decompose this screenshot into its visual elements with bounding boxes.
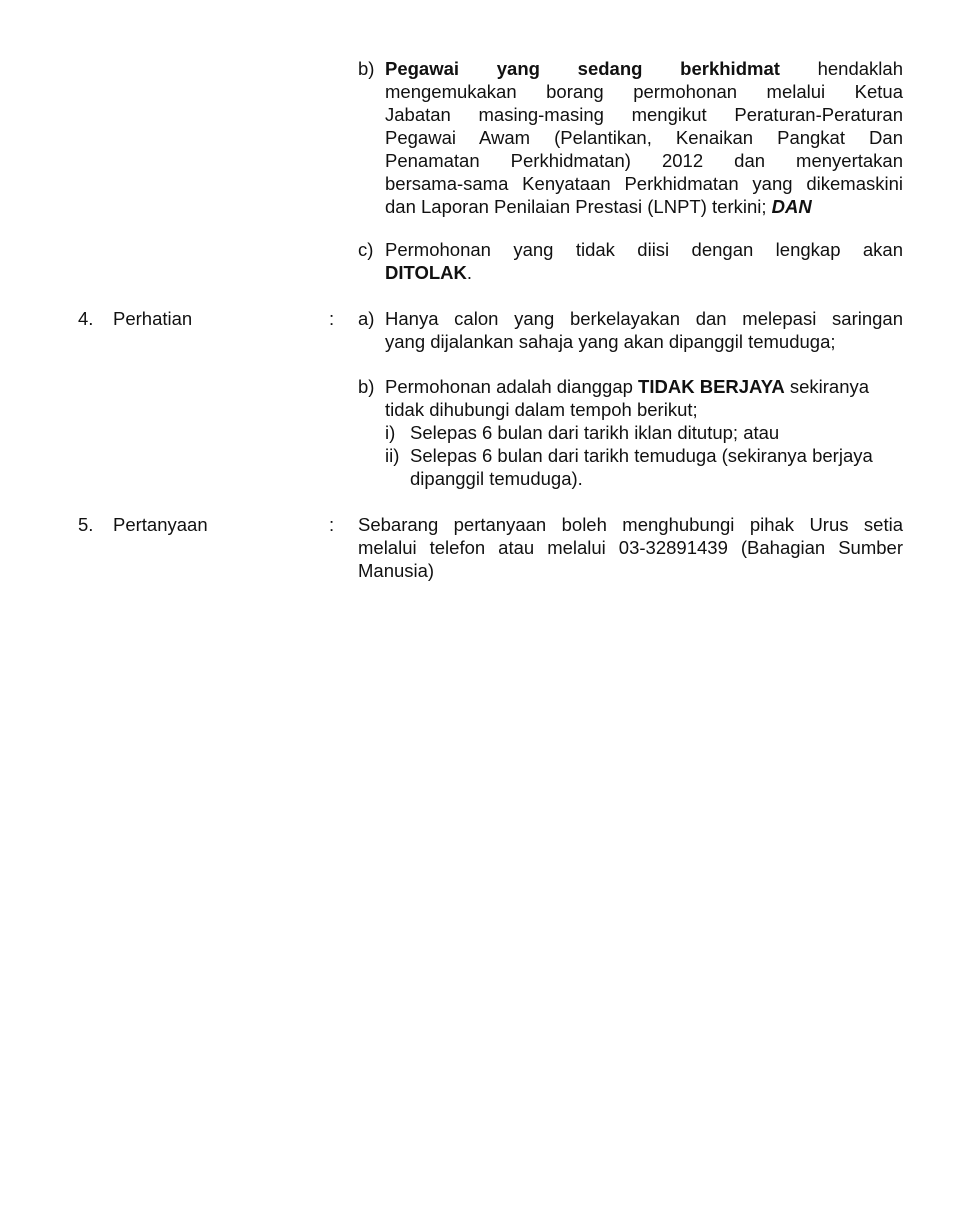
subitem-ii-line-2: dipanggil temuduga). <box>410 467 903 490</box>
item-3c-text: Permohonan yang tidak diisi dengan lengk… <box>385 238 903 284</box>
item-4a-line-2: yang dijalankan sahaja yang akan dipangg… <box>385 330 903 353</box>
section-5-label: Pertanyaan <box>113 513 208 536</box>
item-4b-bold: TIDAK BERJAYA <box>638 376 785 397</box>
item-3c-marker: c) <box>358 238 373 261</box>
section-5-line-2: melalui telefon atau melalui 03-32891439… <box>358 536 903 559</box>
item-3b-bold-word: sedang <box>578 58 643 79</box>
item-3b-bold-word: Pegawai <box>385 58 459 79</box>
item-3b-text: Pegawai yang sedang berkhidmat hendaklah… <box>385 57 903 218</box>
section-4-label: Perhatian <box>113 307 192 330</box>
item-3c-line-1: Permohonan yang tidak diisi dengan lengk… <box>385 238 903 261</box>
item-3b-marker: b) <box>358 57 374 80</box>
item-3b-last-line: dan Laporan Penilaian Prestasi (LNPT) te… <box>385 195 903 218</box>
item-3b-line: Penamatan Perkhidmatan) 2012 dan menyert… <box>385 149 903 172</box>
item-3b-lead-tail: hendaklah <box>818 58 903 79</box>
item-3b-line-1: Pegawai yang sedang berkhidmat hendaklah <box>385 57 903 80</box>
item-4b-line-1-post: sekiranya <box>785 376 869 397</box>
item-3b-line: mengemukakan borang permohonan melalui K… <box>385 80 903 103</box>
item-3c-line-2: DITOLAK. <box>385 261 903 284</box>
item-4b-marker: b) <box>358 375 374 398</box>
subitem-i-text: Selepas 6 bulan dari tarikh iklan ditutu… <box>410 421 903 444</box>
section-4-number: 4. <box>78 307 93 330</box>
section-5-text: Sebarang pertanyaan boleh menghubungi pi… <box>358 513 903 582</box>
item-4b-text: Permohonan adalah dianggap TIDAK BERJAYA… <box>385 375 903 421</box>
item-3b-bold-word: yang <box>497 58 540 79</box>
item-3b-last-line-text: dan Laporan Penilaian Prestasi (LNPT) te… <box>385 196 772 217</box>
item-4b-line-1: Permohonan adalah dianggap TIDAK BERJAYA… <box>385 375 903 398</box>
section-5-number: 5. <box>78 513 93 536</box>
subitem-ii-marker: ii) <box>385 444 399 467</box>
section-5-colon: : <box>329 513 334 536</box>
subitem-i-line: Selepas 6 bulan dari tarikh iklan ditutu… <box>410 421 903 444</box>
item-3c-bold: DITOLAK <box>385 262 467 283</box>
subitem-i-marker: i) <box>385 421 395 444</box>
item-3b-line: bersama-sama Kenyataan Perkhidmatan yang… <box>385 172 903 195</box>
item-4a-text: Hanya calon yang berkelayakan dan melepa… <box>385 307 903 353</box>
item-4b-line-1-pre: Permohonan adalah dianggap <box>385 376 638 397</box>
item-4b-line-2: tidak dihubungi dalam tempoh berikut; <box>385 398 903 421</box>
item-3b-emphasis: DAN <box>772 196 812 217</box>
item-4a-marker: a) <box>358 307 374 330</box>
item-3b-line: Jabatan masing-masing mengikut Peraturan… <box>385 103 903 126</box>
subitem-ii-line-1: Selepas 6 bulan dari tarikh temuduga (se… <box>410 444 903 467</box>
subitem-ii-text: Selepas 6 bulan dari tarikh temuduga (se… <box>410 444 903 490</box>
item-4a-line-1: Hanya calon yang berkelayakan dan melepa… <box>385 307 903 330</box>
section-4-colon: : <box>329 307 334 330</box>
item-3c-period: . <box>467 262 472 283</box>
item-3b-bold-word: berkhidmat <box>680 58 780 79</box>
item-3b-line: Pegawai Awam (Pelantikan, Kenaikan Pangk… <box>385 126 903 149</box>
section-5-line-3: Manusia) <box>358 559 903 582</box>
section-5-line-1: Sebarang pertanyaan boleh menghubungi pi… <box>358 513 903 536</box>
